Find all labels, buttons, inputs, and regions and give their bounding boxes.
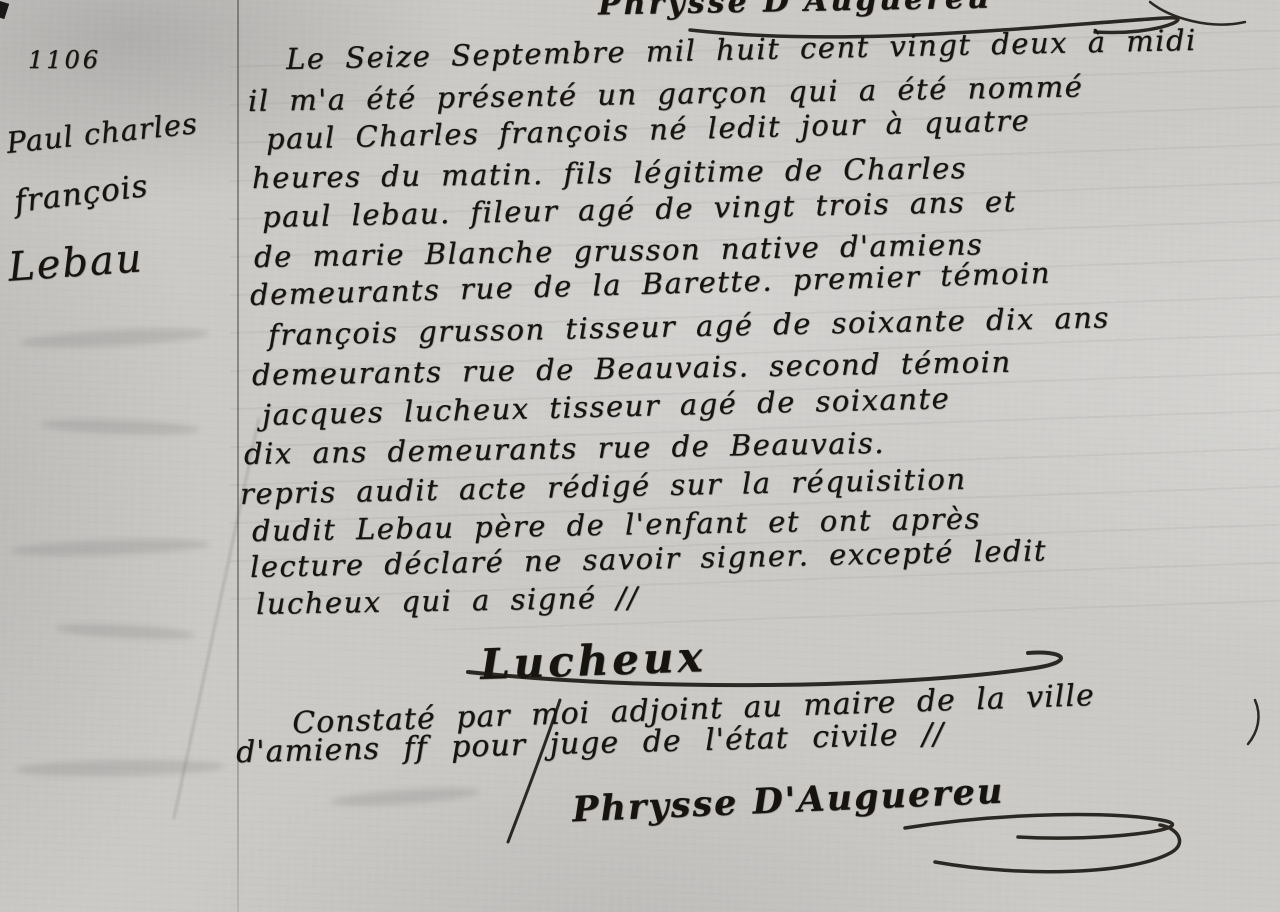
previous-record-signature-fragment: Phrysse D'Auguereu [598, 0, 992, 22]
witness-signature: Lucheux [479, 632, 707, 689]
margin-name-line: Paul charles [5, 106, 200, 160]
official-signature: Phrysse D'Auguereu [571, 771, 1005, 831]
manuscript-line: lucheux qui a signé // [256, 580, 639, 621]
ink-bleedthrough [40, 417, 200, 437]
ink-bleedthrough [20, 325, 211, 351]
margin-rule-line [237, 0, 239, 912]
ink-bleedthrough [330, 785, 481, 809]
ink-bleedthrough [55, 621, 195, 641]
corner-ink-mark [0, 1, 9, 19]
margin-name-line: françois [12, 168, 150, 220]
register-page-scan: Phrysse D'Auguereu 1106 Paul charles fra… [0, 0, 1280, 912]
ink-bleedthrough [10, 537, 210, 559]
record-number: 1106 [28, 46, 101, 74]
ink-bleedthrough [15, 758, 225, 778]
margin-name-line: Lebau [7, 235, 145, 290]
manuscript-line: dix ans demeurants rue de Beauvais. [244, 426, 885, 471]
manuscript-line: Le Seize Septembre mil huit cent vingt d… [286, 23, 1197, 76]
